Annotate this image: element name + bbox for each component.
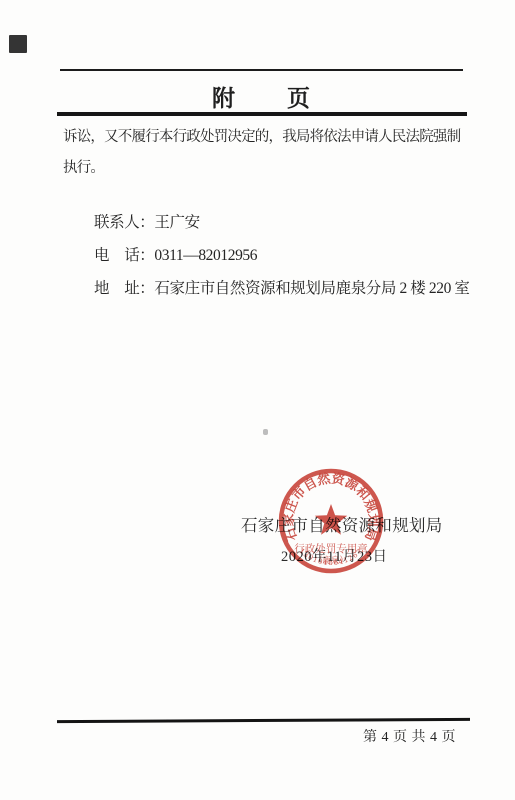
title-rule-bottom — [57, 112, 467, 116]
contact-person-value: 王广安 — [154, 214, 199, 231]
page-number: 第 4 页 共 4 页 — [363, 726, 456, 746]
scan-corner-mark — [9, 35, 27, 53]
contact-address-row: 地 址：石家庄市自然资源和规划局鹿泉分局 2 楼 220 室 — [94, 276, 470, 298]
seal-star-icon — [315, 504, 347, 535]
contact-phone-row: 电 话：0311—82012956 — [94, 243, 257, 265]
contact-phone-label: 电 话： — [94, 247, 154, 264]
page-title: 附 页 — [57, 80, 467, 113]
contact-address-label: 地 址： — [94, 280, 154, 297]
official-seal-stamp: 石家庄市自然资源和规划局 行政处罚专用章 （鹿泉） 1301048641267 — [251, 441, 411, 601]
contact-address-value: 石家庄市自然资源和规划局鹿泉分局 2 楼 220 室 — [154, 280, 469, 297]
document-page: 附 页 诉讼，又不履行本行政处罚决定的，我局将依法申请人民法院强制 执行。 联系… — [0, 0, 515, 800]
footer-rule — [57, 718, 470, 723]
body-text-line-1: 诉讼，又不履行本行政处罚决定的，我局将依法申请人民法院强制 — [63, 125, 460, 146]
title-rule-top — [60, 69, 463, 71]
contact-person-row: 联系人：王广安 — [94, 210, 200, 232]
contact-phone-value: 0311—82012956 — [154, 247, 257, 264]
contact-person-label: 联系人： — [94, 214, 154, 231]
scan-speck — [263, 429, 268, 435]
body-text-line-2: 执行。 — [63, 156, 104, 177]
